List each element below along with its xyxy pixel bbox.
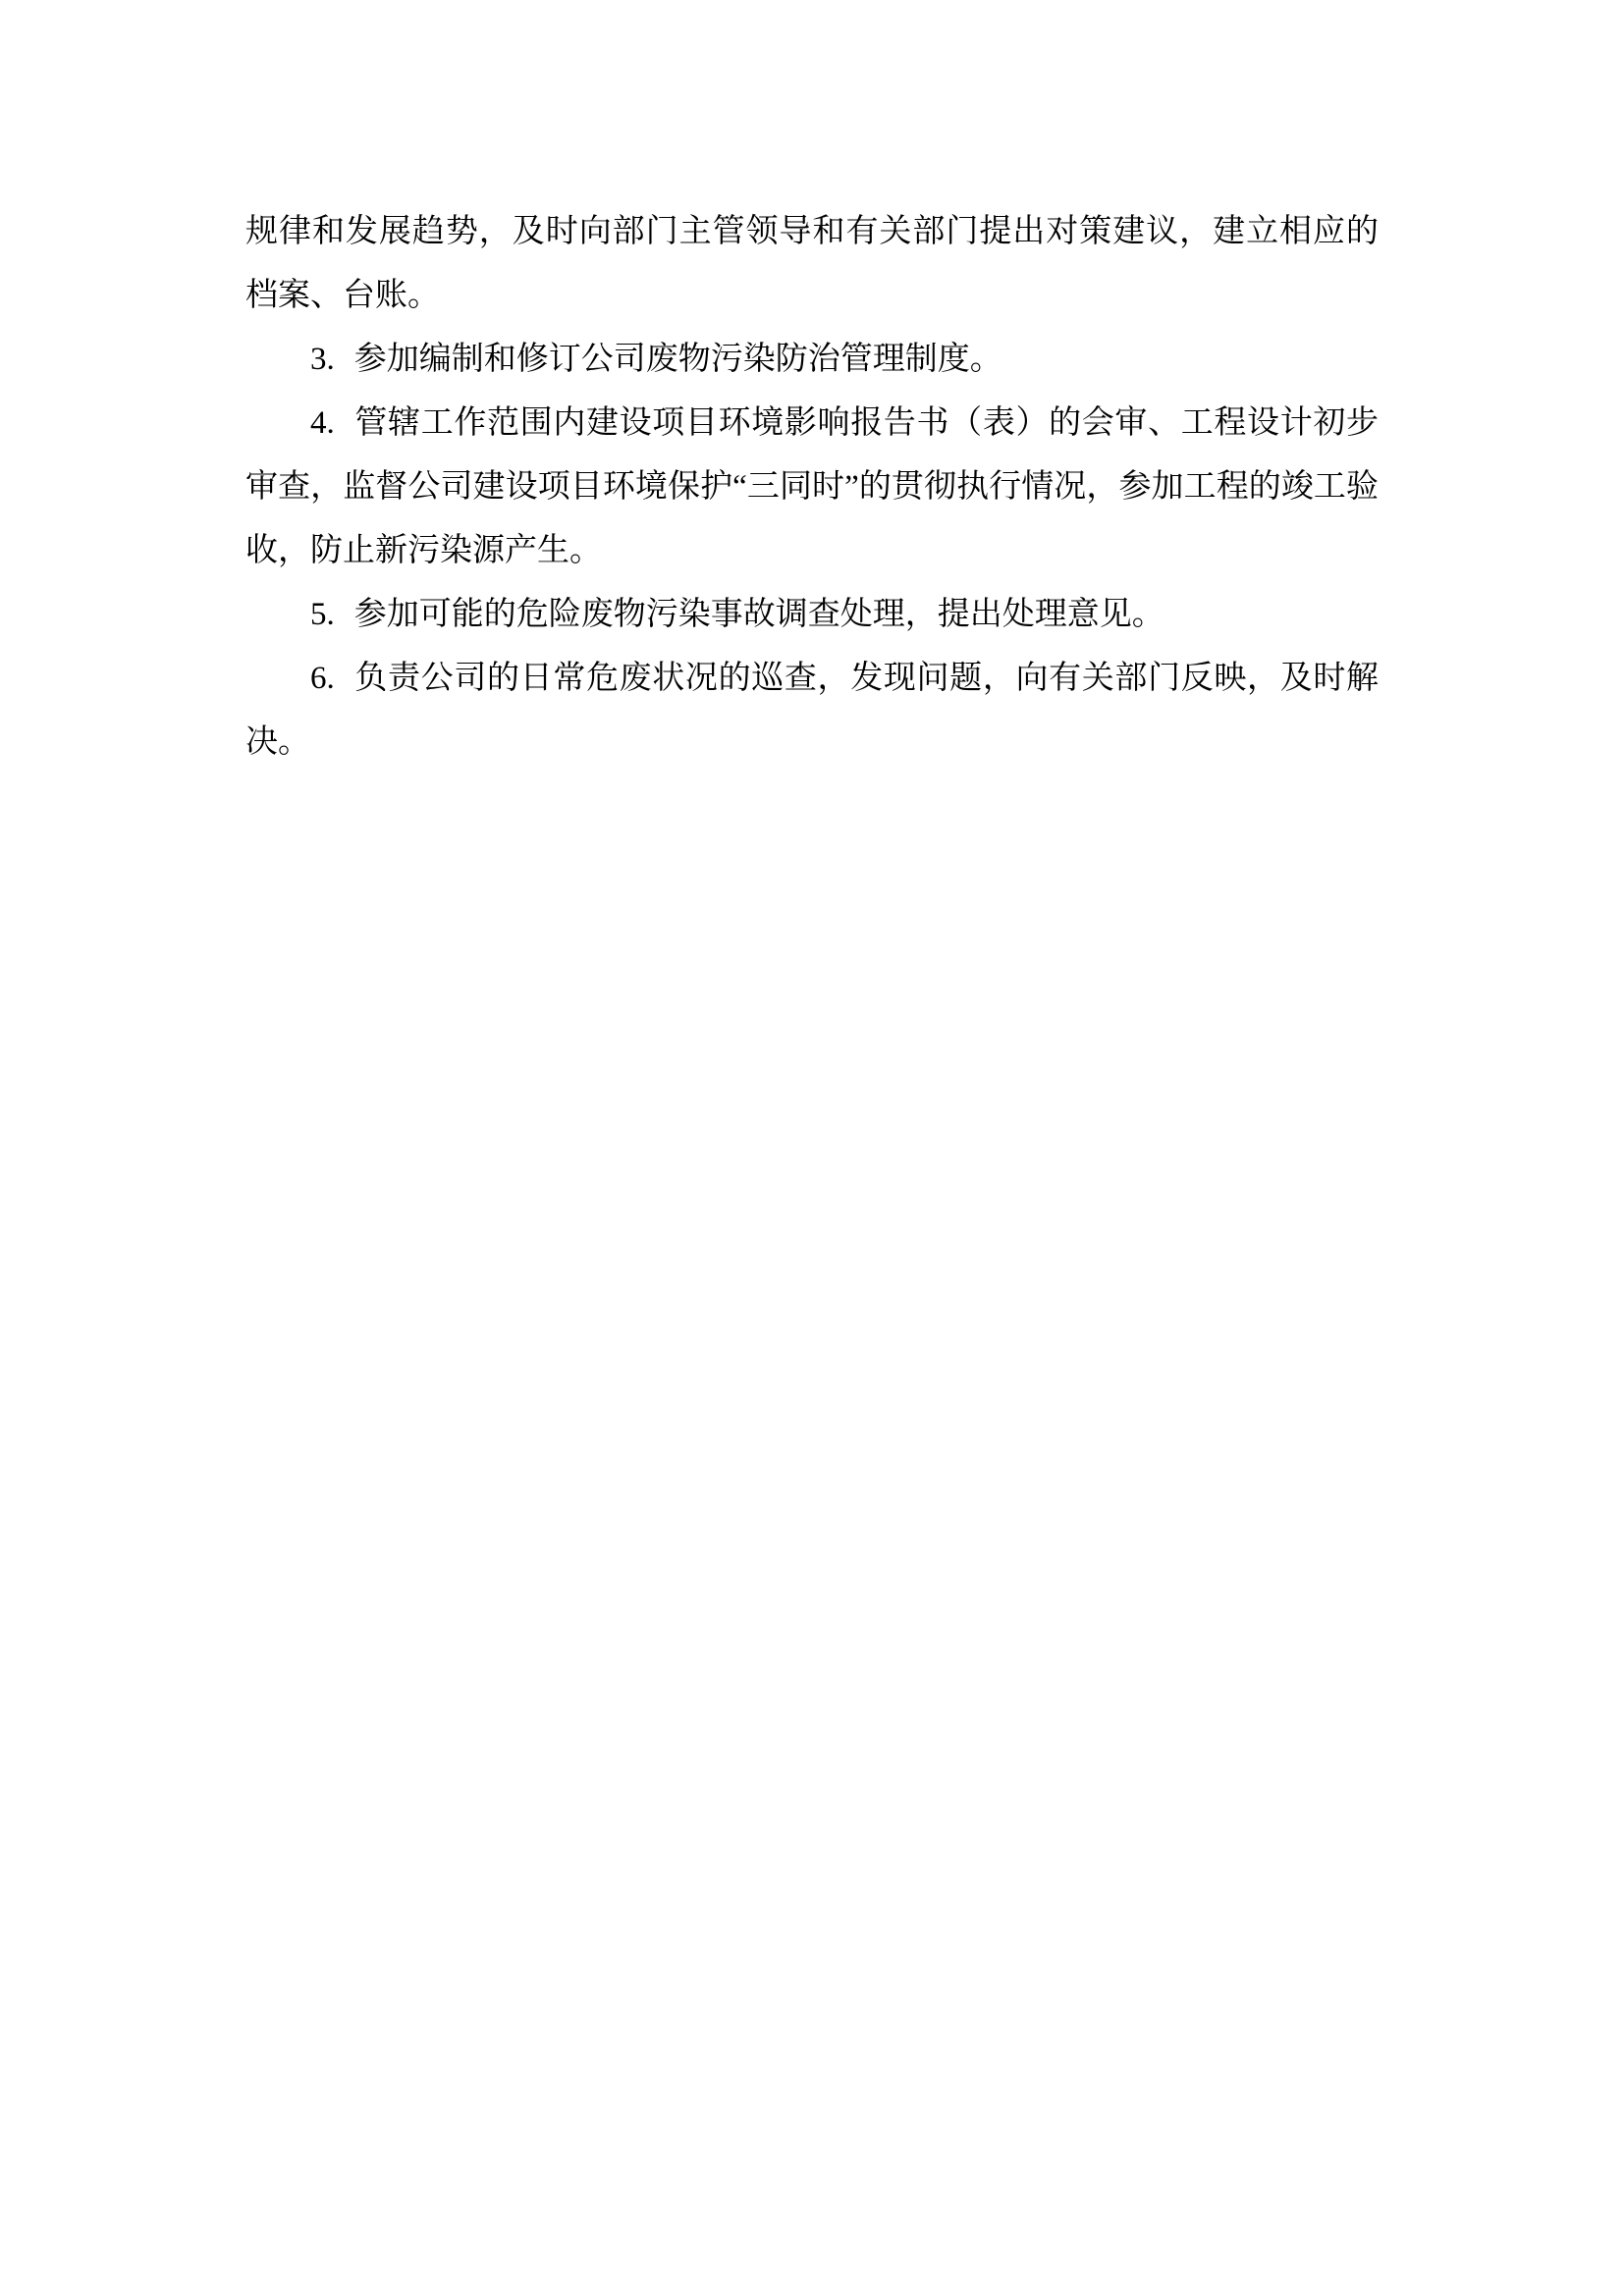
list-item-4: 4.管辖工作范围内建设项目环境影响报告书（表）的会审、工程设计初步审查，监督公司… [245, 392, 1379, 583]
list-item-text: 管辖工作范围内建设项目环境影响报告书（表）的会审、工程设计初步审查，监督公司建设… [245, 405, 1379, 568]
list-item-text: 负责公司的日常危废状况的巡查，发现问题，向有关部门反映，及时解决。 [245, 661, 1379, 760]
list-item-number: 4. [310, 405, 335, 441]
list-item-number: 6. [310, 661, 335, 696]
document-page: 规律和发展趋势，及时向部门主管领导和有关部门提出对策建议，建立相应的档案、台账。… [0, 0, 1624, 2296]
list-item-3: 3.参加编制和修订公司废物污染防治管理制度。 [245, 328, 1379, 392]
list-item-6: 6.负责公司的日常危废状况的巡查，发现问题，向有关部门反映，及时解决。 [245, 647, 1379, 774]
list-item-text: 参加可能的危险废物污染事故调查处理，提出处理意见。 [354, 597, 1164, 632]
list-item-text: 参加编制和修订公司废物污染防治管理制度。 [354, 342, 1002, 377]
list-item-number: 5. [310, 597, 335, 632]
paragraph-continuation: 规律和发展趋势，及时向部门主管领导和有关部门提出对策建议，建立相应的档案、台账。 [245, 200, 1379, 328]
list-item-number: 3. [310, 342, 335, 377]
list-item-5: 5.参加可能的危险废物污染事故调查处理，提出处理意见。 [245, 583, 1379, 647]
document-body: 规律和发展趋势，及时向部门主管领导和有关部门提出对策建议，建立相应的档案、台账。… [245, 200, 1379, 774]
